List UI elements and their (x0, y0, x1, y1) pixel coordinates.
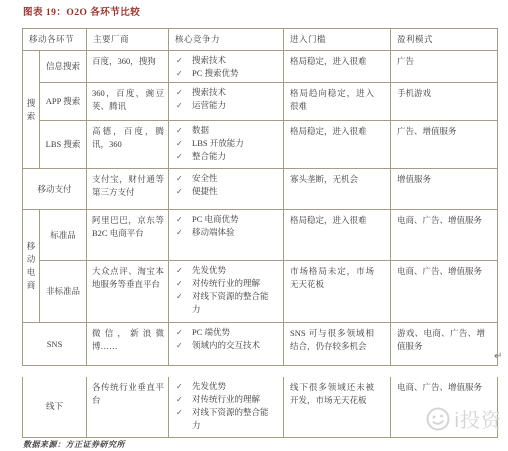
check-text: 对传统行业的理解 (192, 393, 273, 406)
table-header-row: 移动各环节 主要厂商 核心竞争力 进入门槛 盈利模式 (23, 29, 498, 51)
header-segment: 移动各环节 (23, 29, 87, 51)
segment-label: 非标准品 (40, 261, 87, 323)
header-barrier: 进入门槛 (284, 29, 391, 51)
check-icon: ✓ (176, 185, 192, 198)
check-item: ✓运营能力 (176, 99, 273, 112)
data-source-note: 数据来源：方正证券研究所 (23, 439, 125, 450)
check-text: 领域内的交互技术 (192, 339, 273, 352)
barrier-cell: 寡头垄断，无机会 (284, 169, 391, 210)
document-page: 图表 19：O2O 各环节比较 移动各环节 主要厂商 核心竞争力 进入门槛 盈利… (0, 0, 508, 451)
vendors-cell: 大众点评、淘宝本地服务等垂直平台 (87, 261, 169, 323)
barrier-cell: 格局稳定，进入很难 (284, 210, 391, 261)
check-item: ✓LBS 开放能力 (176, 137, 273, 150)
check-icon: ✓ (176, 226, 192, 239)
check-item: ✓领域内的交互技术 (176, 339, 273, 352)
check-icon: ✓ (176, 172, 192, 185)
check-text: 对线下资源的整合能力 (192, 406, 273, 432)
segment-label: LBS 搜索 (40, 121, 87, 169)
competitiveness-cell: ✓数据 ✓LBS 开放能力 ✓整合能力 (169, 121, 284, 169)
check-text: PC 搜索优势 (192, 67, 273, 80)
barrier-cell: SNS 可与很多领域相结合，仍存较多机会 (284, 323, 391, 366)
competitiveness-cell: ✓搜索技术 ✓PC 搜索优势 (169, 51, 284, 83)
vendors-cell: 微信，新浪微博…… (87, 323, 169, 366)
check-text: 搜索技术 (192, 86, 273, 99)
barrier-cell: 格局稳定，进入很难 (284, 51, 391, 83)
check-text: 整合能力 (192, 150, 273, 163)
table-row-standard-goods: 移动电商 标准品 阿里巴巴，京东等 B2C 电商平台 ✓PC 电商优势 ✓移动端… (23, 210, 498, 261)
check-icon: ✓ (176, 99, 192, 112)
competitiveness-cell: ✓安全性 ✓便捷性 (169, 169, 284, 210)
barrier-cell: 格局趋向稳定，进入很难 (284, 83, 391, 121)
check-icon: ✓ (176, 393, 192, 406)
competitiveness-cell: ✓搜索技术 ✓运营能力 (169, 83, 284, 121)
check-icon: ✓ (176, 380, 192, 393)
competitiveness-cell: ✓先发优势 ✓对传统行业的理解 ✓对线下资源的整合能力 (169, 377, 284, 437)
check-icon: ✓ (176, 277, 192, 290)
o2o-comparison-table: 移动各环节 主要厂商 核心竞争力 进入门槛 盈利模式 搜索 信息搜索 百度，36… (22, 28, 498, 366)
vendors-cell: 阿里巴巴，京东等 B2C 电商平台 (87, 210, 169, 261)
profit-cell: 电商、广告、增值服务 (391, 261, 498, 323)
check-item: ✓对传统行业的理解 (176, 277, 273, 290)
segment-label: 移动支付 (23, 169, 87, 210)
check-item: ✓先发优势 (176, 264, 273, 277)
check-item: ✓搜索技术 (176, 54, 273, 67)
check-item: ✓先发优势 (176, 380, 273, 393)
segment-label: 信息搜索 (40, 51, 87, 83)
segment-label: 线下 (23, 377, 87, 437)
watermark-text: i投资 (455, 404, 502, 433)
check-item: ✓整合能力 (176, 150, 273, 163)
check-item: ✓安全性 (176, 172, 273, 185)
check-item: ✓PC 搜索优势 (176, 67, 273, 80)
profit-cell: 手机游戏 (391, 83, 498, 121)
table-row-info-search: 搜索 信息搜索 百度，360，搜狗 ✓搜索技术 ✓PC 搜索优势 格局稳定，进入… (23, 51, 498, 83)
check-text: 便捷性 (192, 185, 273, 198)
table-row-lbs-search: LBS 搜索 高德，百度，腾讯，360 ✓数据 ✓LBS 开放能力 ✓整合能力 … (23, 121, 498, 169)
check-text: 数据 (192, 124, 273, 137)
profit-cell: 游戏、电商、广告、增值服务 (391, 323, 498, 366)
check-text: 移动端体验 (192, 226, 273, 239)
check-text: PC 端优势 (192, 326, 273, 339)
competitiveness-cell: ✓PC 电商优势 ✓移动端体验 (169, 210, 284, 261)
check-icon: ✓ (176, 339, 192, 352)
check-icon: ✓ (176, 67, 192, 80)
barrier-cell: 格局稳定，进入很难 (284, 121, 391, 169)
barrier-cell: 线下很多领域还未被开发，市场无天花板 (284, 377, 391, 437)
check-icon: ✓ (176, 86, 192, 99)
check-icon: ✓ (176, 150, 192, 163)
check-item: ✓对线下资源的整合能力 (176, 406, 273, 432)
header-competitiveness: 核心竞争力 (169, 29, 284, 51)
check-icon: ✓ (176, 137, 192, 150)
header-profit-model: 盈利模式 (391, 29, 498, 51)
check-icon: ✓ (176, 326, 192, 339)
table-row-nonstandard-goods: 非标准品 大众点评、淘宝本地服务等垂直平台 ✓先发优势 ✓对传统行业的理解 ✓对… (23, 261, 498, 323)
check-item: ✓对传统行业的理解 (176, 393, 273, 406)
check-icon: ✓ (176, 290, 192, 303)
barrier-cell: 市场格局未定，市场无天花板 (284, 261, 391, 323)
check-icon: ✓ (176, 54, 192, 67)
check-item: ✓移动端体验 (176, 226, 273, 239)
profit-cell: 广告 (391, 51, 498, 83)
paragraph-return-mark: ↵ (494, 351, 502, 362)
check-icon: ✓ (176, 264, 192, 277)
check-item: ✓PC 电商优势 (176, 213, 273, 226)
vendors-cell: 各传统行业垂直平台 (87, 377, 169, 437)
check-item: ✓对线下资源的整合能力 (176, 290, 273, 316)
watermark: i投资 (425, 404, 502, 433)
figure-caption: 图表 19：O2O 各环节比较 (23, 4, 140, 18)
check-item: ✓PC 端优势 (176, 326, 273, 339)
vendors-cell: 360，百度，豌豆荚、腾讯 (87, 83, 169, 121)
check-icon: ✓ (176, 124, 192, 137)
group-cell-search: 搜索 (23, 51, 40, 169)
check-icon: ✓ (176, 213, 192, 226)
table-row-app-search: APP 搜索 360，百度，豌豆荚、腾讯 ✓搜索技术 ✓运营能力 格局趋向稳定，… (23, 83, 498, 121)
competitiveness-cell: ✓先发优势 ✓对传统行业的理解 ✓对线下资源的整合能力 (169, 261, 284, 323)
check-item: ✓搜索技术 (176, 86, 273, 99)
check-item: ✓便捷性 (176, 185, 273, 198)
vendors-cell: 支付宝，财付通等第三方支付 (87, 169, 169, 210)
header-vendors: 主要厂商 (87, 29, 169, 51)
competitiveness-cell: ✓PC 端优势 ✓领域内的交互技术 (169, 323, 284, 366)
vendors-cell: 高德，百度，腾讯，360 (87, 121, 169, 169)
check-text: 安全性 (192, 172, 273, 185)
segment-label: SNS (23, 323, 87, 366)
vendors-cell: 百度，360，搜狗 (87, 51, 169, 83)
check-text: PC 电商优势 (192, 213, 273, 226)
check-text: 先发优势 (192, 380, 273, 393)
group-cell-ecommerce: 移动电商 (23, 210, 40, 323)
check-icon: ✓ (176, 406, 192, 419)
check-text: LBS 开放能力 (192, 137, 273, 150)
check-text: 先发优势 (192, 264, 273, 277)
check-text: 对传统行业的理解 (192, 277, 273, 290)
check-text: 对线下资源的整合能力 (192, 290, 273, 316)
table-row-mobile-payment: 移动支付 支付宝，财付通等第三方支付 ✓安全性 ✓便捷性 寡头垄断，无机会 增值… (23, 169, 498, 210)
wechat-smiley-icon (425, 406, 451, 432)
check-item: ✓数据 (176, 124, 273, 137)
profit-cell: 广告、增值服务 (391, 121, 498, 169)
check-text: 搜索技术 (192, 54, 273, 67)
profit-cell: 电商、广告、增值服务 (391, 210, 498, 261)
check-text: 运营能力 (192, 99, 273, 112)
table-row-sns: SNS 微信，新浪微博…… ✓PC 端优势 ✓领域内的交互技术 SNS 可与很多… (23, 323, 498, 366)
segment-label: 标准品 (40, 210, 87, 261)
profit-cell: 增值服务 (391, 169, 498, 210)
segment-label: APP 搜索 (40, 83, 87, 121)
